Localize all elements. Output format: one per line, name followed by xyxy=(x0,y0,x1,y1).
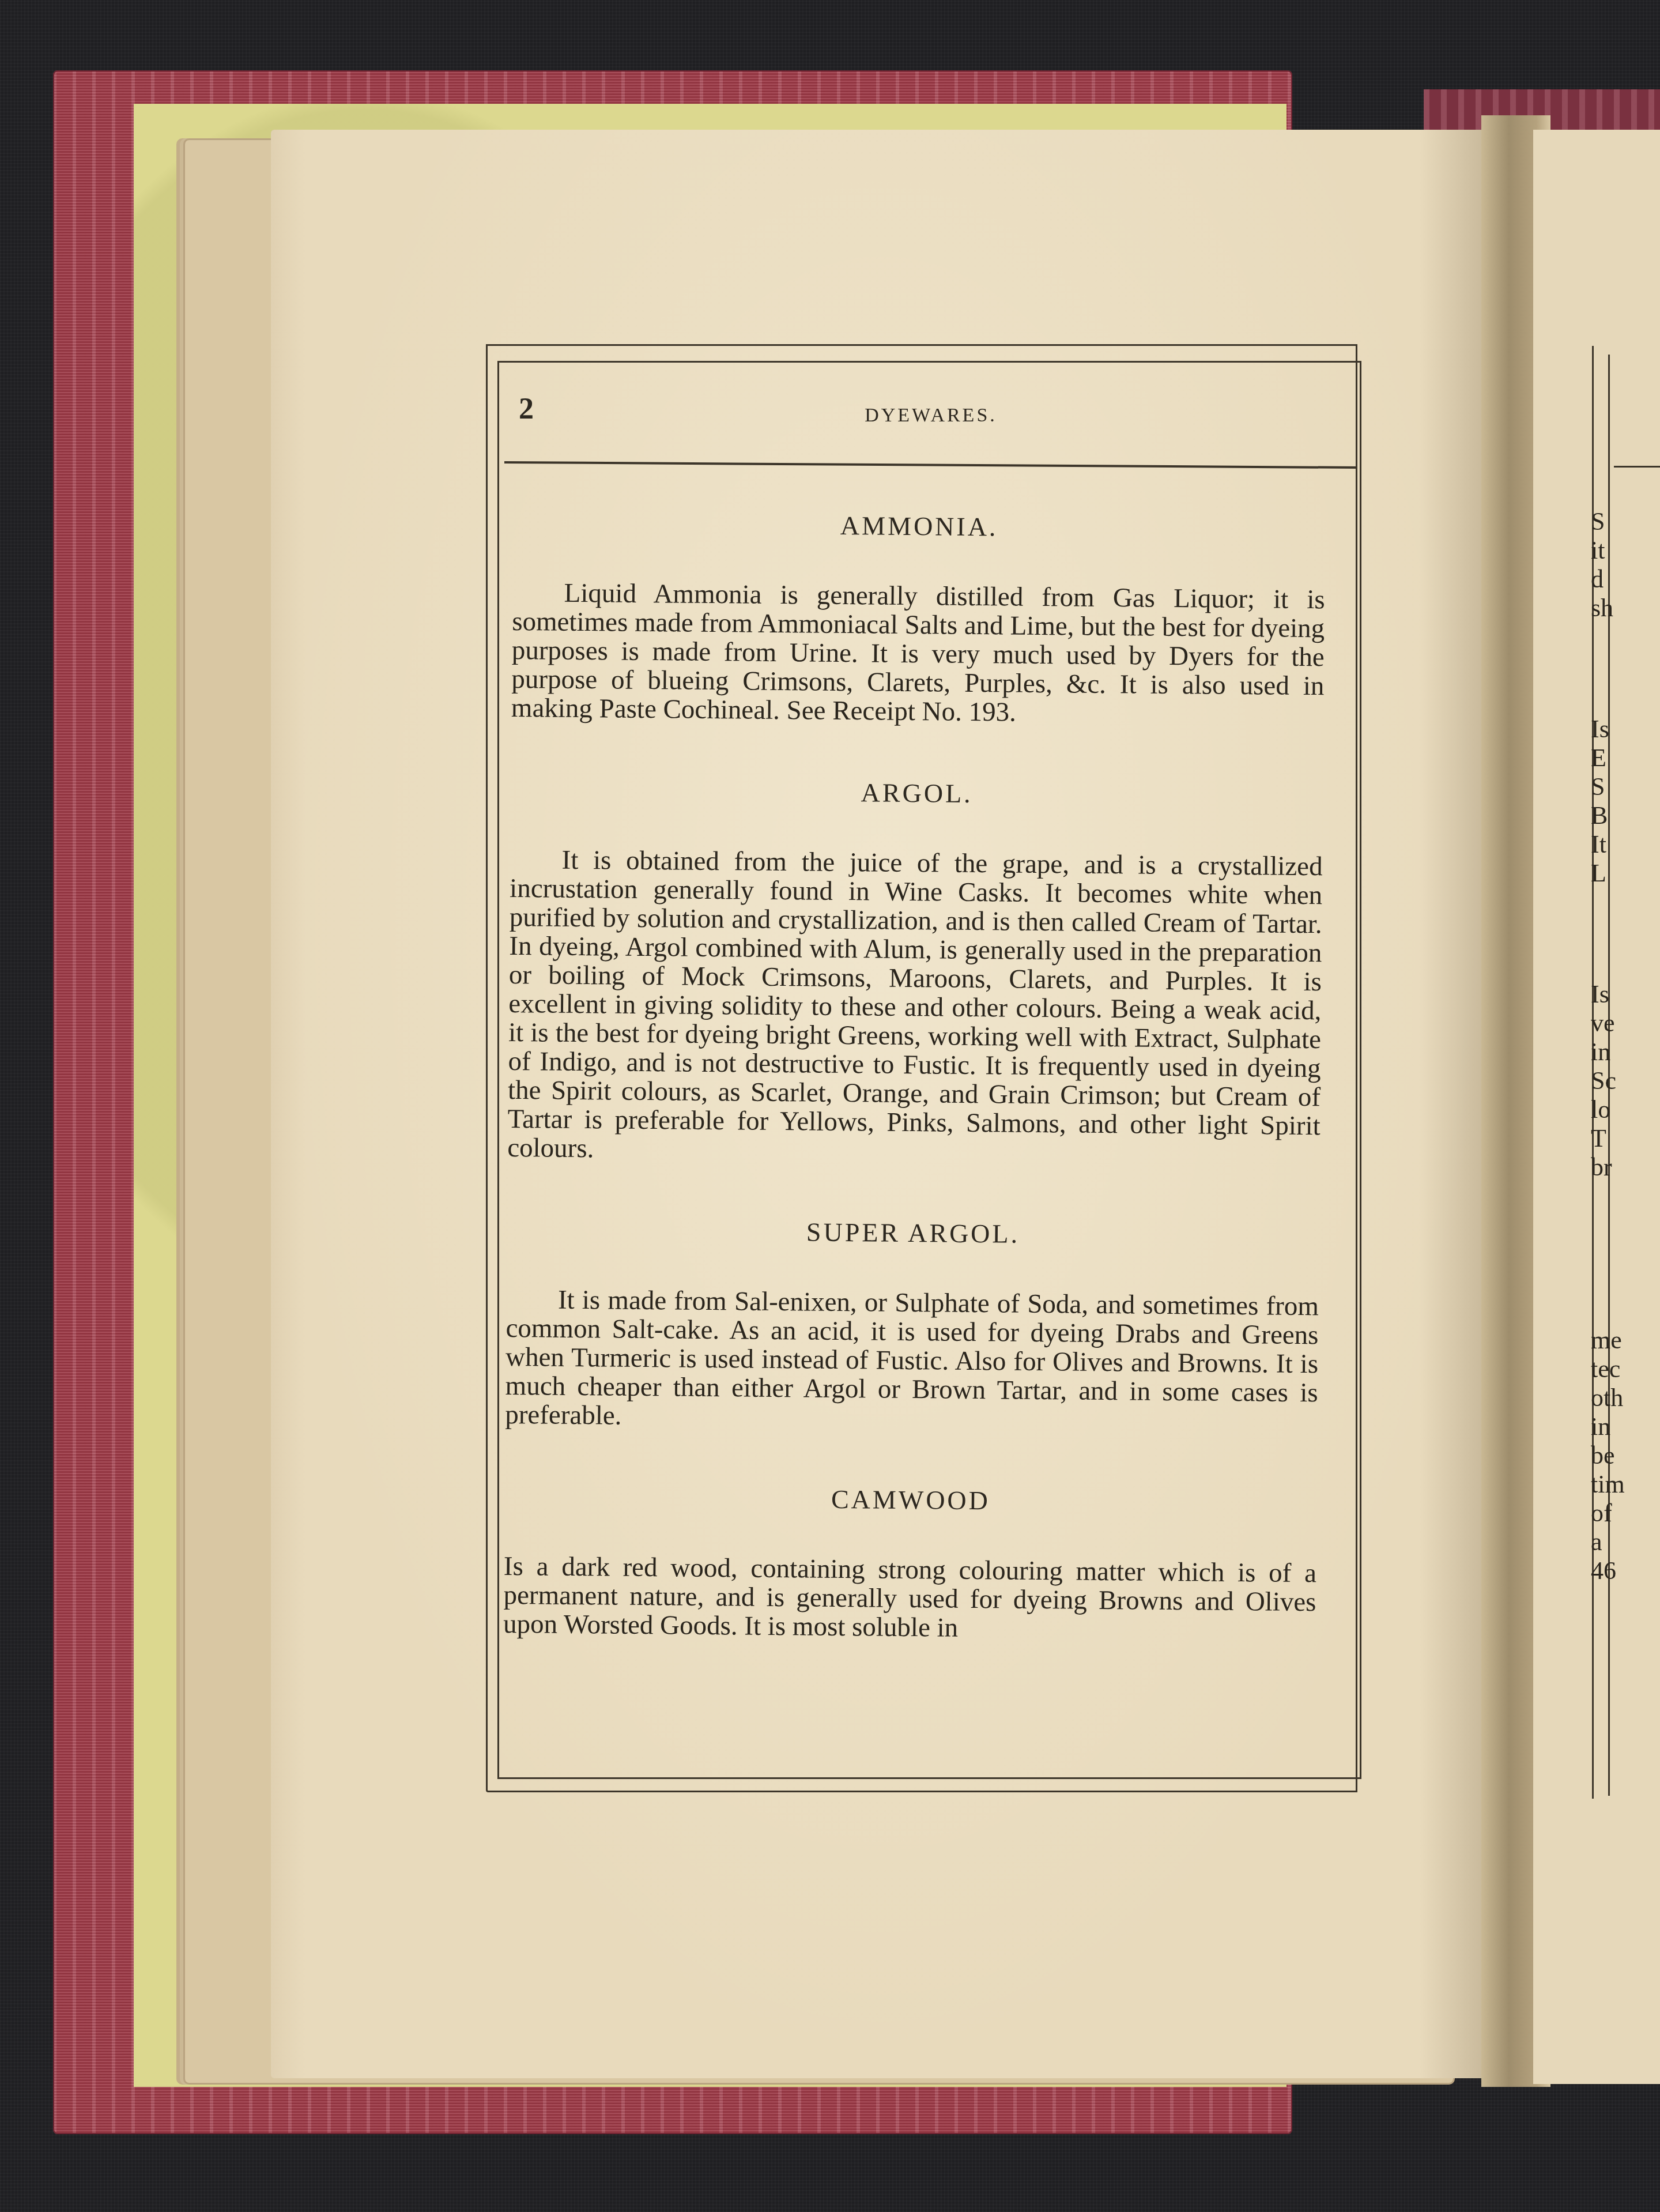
entry-camwood: CAMWOOD Is a dark red wood, containing s… xyxy=(503,1481,1317,1645)
recto-head-rule xyxy=(1614,466,1660,468)
entry-title: AMMONIA. xyxy=(513,507,1326,545)
entry-argol: ARGOL. It is obtained from the juice of … xyxy=(507,774,1323,1169)
recto-line: Is xyxy=(1591,980,1660,1009)
entry-body: Is a dark red wood, containing strong co… xyxy=(503,1552,1316,1645)
running-head-title: DYEWARES. xyxy=(504,405,1357,427)
entry-title: ARGOL. xyxy=(510,774,1323,812)
recto-line: me xyxy=(1591,1326,1660,1355)
recto-line: E xyxy=(1591,744,1660,772)
running-head: 2 DYEWARES. xyxy=(504,380,1357,432)
recto-line: tim xyxy=(1591,1470,1660,1499)
entry-body: Liquid Ammonia is generally distilled fr… xyxy=(511,578,1325,729)
recto-line: it xyxy=(1591,536,1660,565)
recto-line: L xyxy=(1591,859,1660,888)
recto-line: Sc xyxy=(1591,1067,1660,1095)
entry-body: It is obtained from the juice of the gra… xyxy=(507,845,1323,1169)
recto-line: br xyxy=(1591,1153,1660,1182)
recto-group-2: Is E S B It L xyxy=(1591,715,1660,888)
entry-title: CAMWOOD xyxy=(504,1481,1317,1518)
page-content: AMMONIA. Liquid Ammonia is generally dis… xyxy=(503,507,1326,1697)
recto-line: sh xyxy=(1591,594,1660,623)
recto-line: Is xyxy=(1591,715,1660,744)
recto-line: lo xyxy=(1591,1095,1660,1124)
recto-line: S xyxy=(1591,772,1660,801)
recto-line: oth xyxy=(1591,1384,1660,1412)
recto-line: of xyxy=(1591,1499,1660,1528)
recto-group-3: Is ve in Sc lo T br xyxy=(1591,980,1660,1182)
recto-line: S xyxy=(1591,507,1660,536)
recto-line: tec xyxy=(1591,1355,1660,1384)
recto-line: T xyxy=(1591,1124,1660,1153)
entry-ammonia: AMMONIA. Liquid Ammonia is generally dis… xyxy=(511,507,1326,729)
recto-line: in xyxy=(1591,1038,1660,1067)
entry-super-argol: SUPER ARGOL. It is made from Sal-enixen,… xyxy=(505,1214,1319,1436)
recto-line: It xyxy=(1591,830,1660,859)
recto-line: a xyxy=(1591,1528,1660,1557)
recto-line: 46 xyxy=(1591,1557,1660,1585)
recto-group-4: me tec oth in be tim of a 46 xyxy=(1591,1326,1660,1585)
entry-body: It is made from Sal-enixen, or Sulphate … xyxy=(505,1285,1319,1436)
recto-line: ve xyxy=(1591,1009,1660,1038)
recto-text-fragment: S it d sh Is E S B It L Is ve in Sc lo T… xyxy=(1591,507,1660,1585)
recto-line: B xyxy=(1591,801,1660,830)
entry-title: SUPER ARGOL. xyxy=(507,1214,1319,1252)
recto-line: in xyxy=(1591,1412,1660,1441)
recto-group-1: S it d sh xyxy=(1591,507,1660,623)
recto-line: d xyxy=(1591,565,1660,594)
recto-line: be xyxy=(1591,1441,1660,1470)
